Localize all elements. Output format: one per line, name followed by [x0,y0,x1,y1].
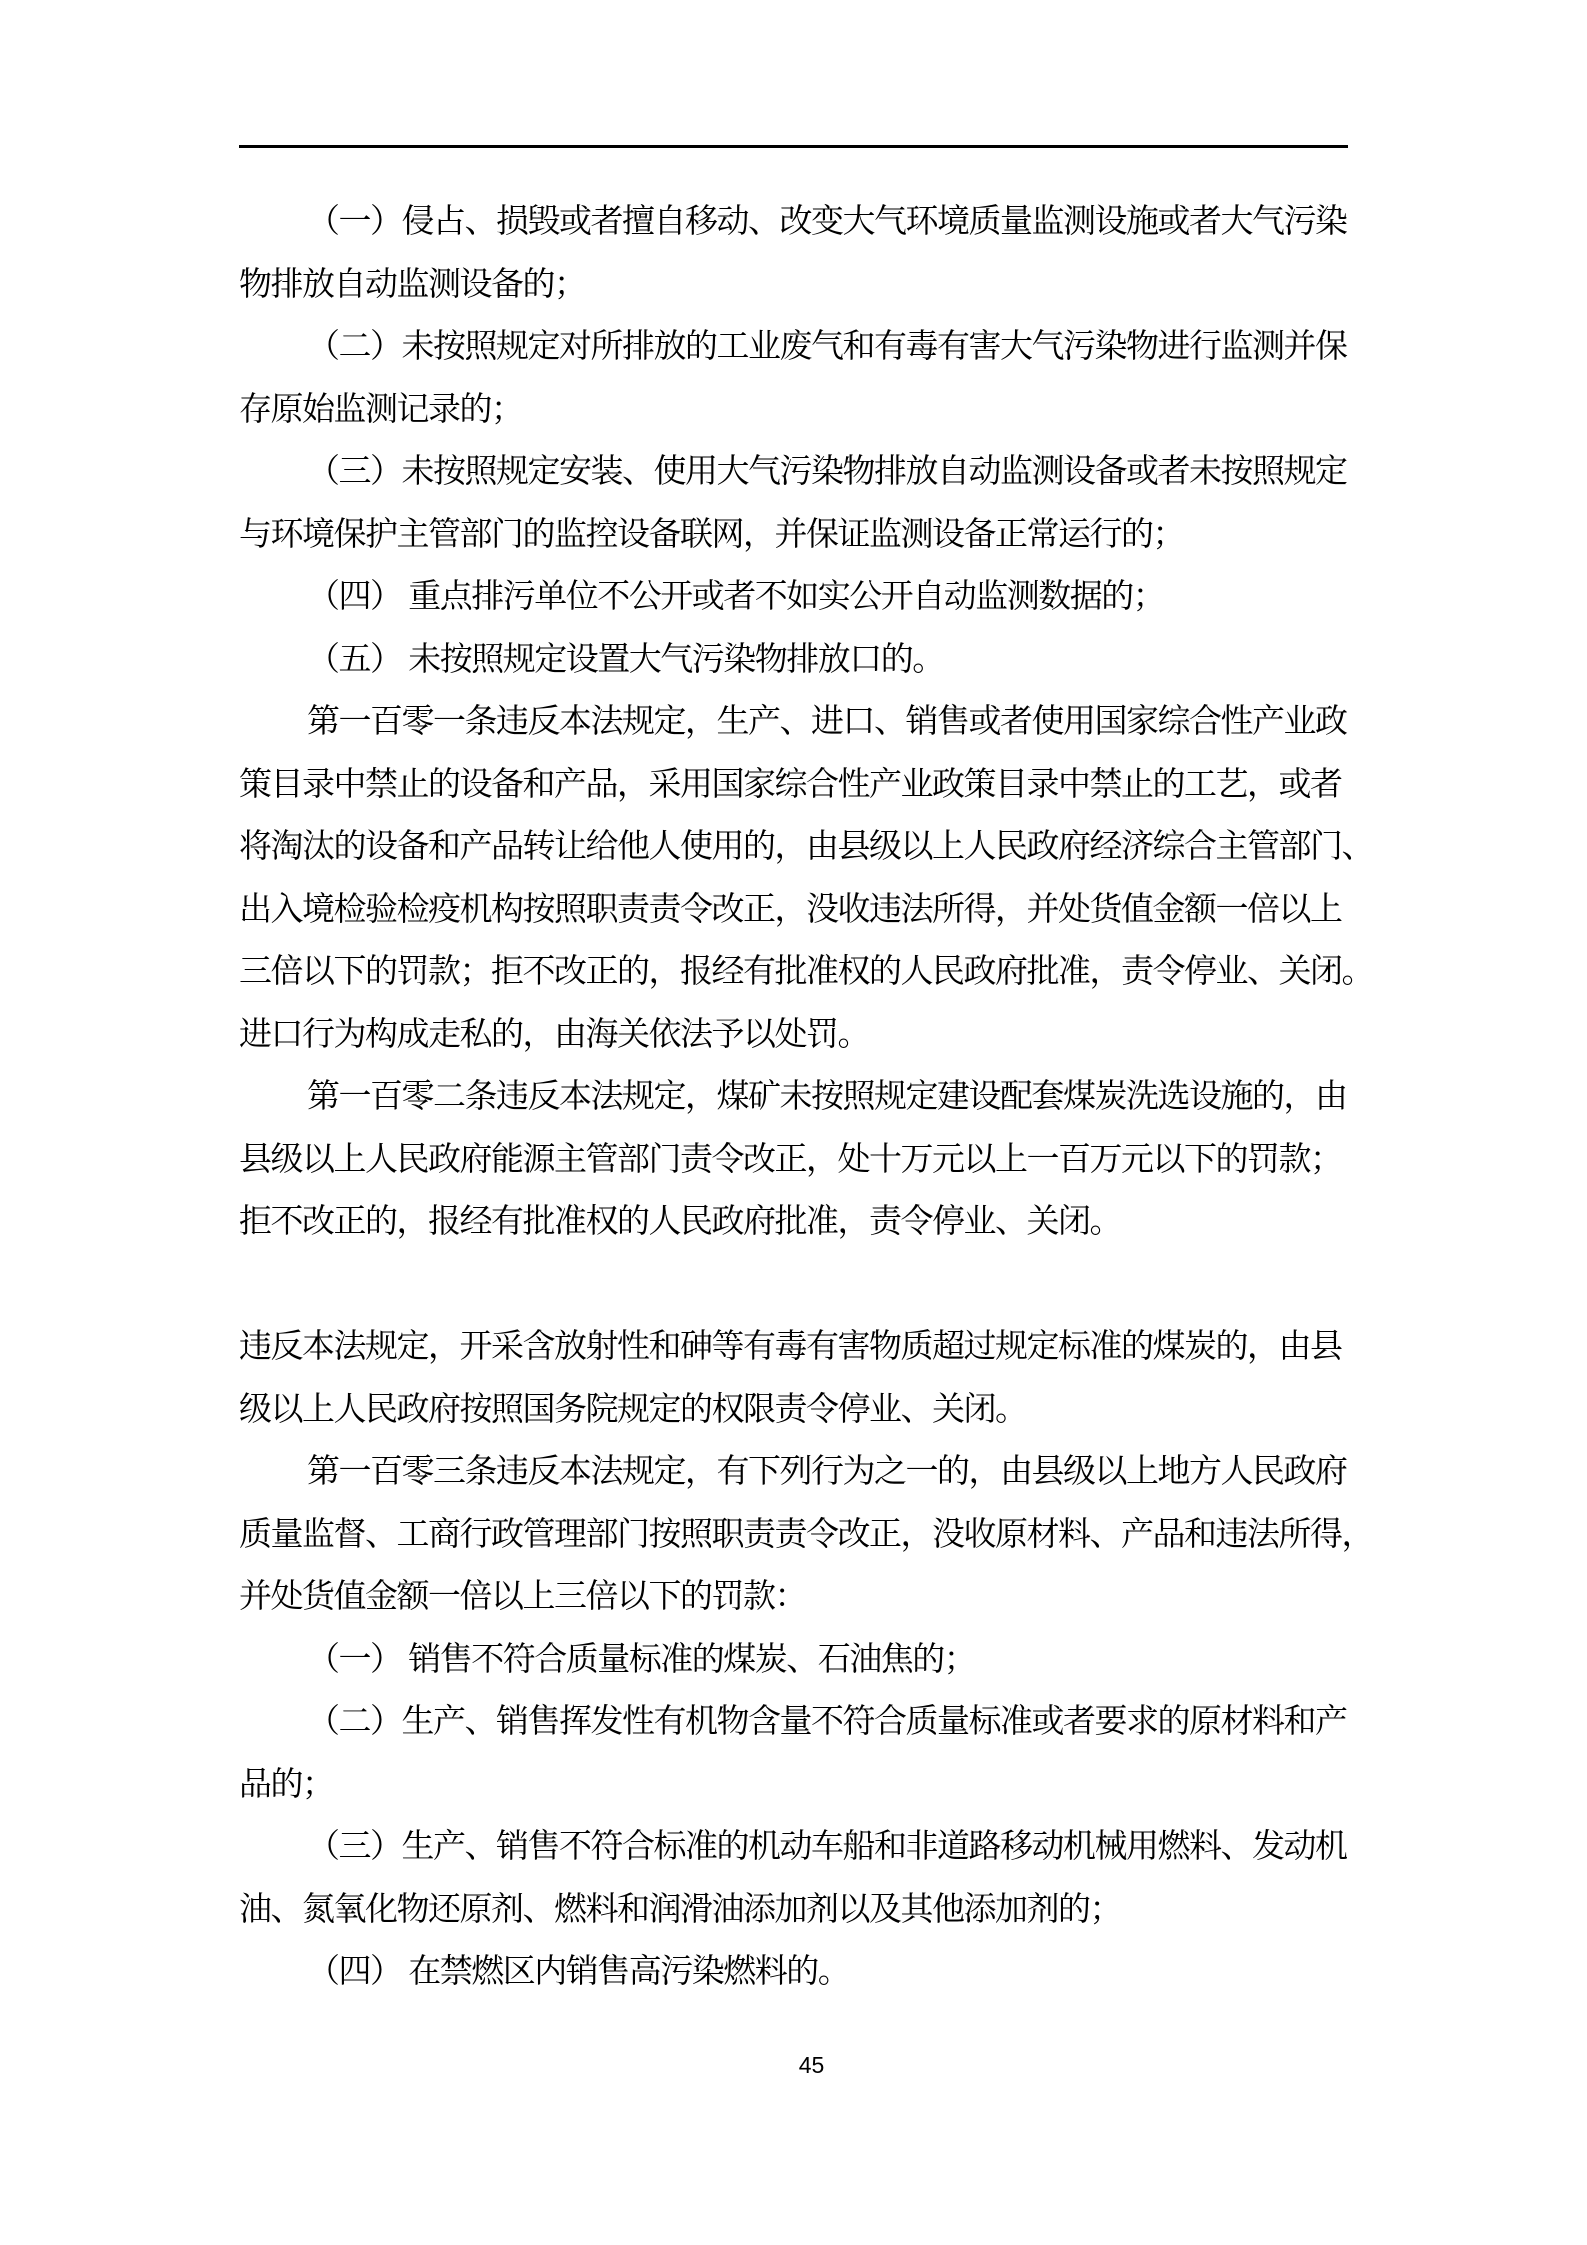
text-line: （四） 在禁燃区内销售高污染燃料的。 [239,1941,1354,2004]
text-line: 质量监督、工商行政管理部门按照职责责令改正，没收原材料、产品和违法所得， [239,1504,1354,1567]
text-line: （四） 重点排污单位不公开或者不如实公开自动监测数据的； [239,566,1354,629]
text-line: 第一百零三条违反本法规定，有下列行为之一的，由县级以上地方人民政府 [239,1441,1354,1504]
text-line: 出入境检验检疫机构按照职责责令改正，没收违法所得，并处货值金额一倍以上 [239,879,1354,942]
text-line: （二）生产、销售挥发性有机物含量不符合质量标准或者要求的原材料和产 [239,1691,1354,1754]
text-line: 级以上人民政府按照国务院规定的权限责令停业、关闭。 [239,1379,1354,1442]
text-line: 并处货值金额一倍以上三倍以下的罚款： [239,1566,1354,1629]
text-line: 三倍以下的罚款；拒不改正的，报经有批准权的人民政府批准，责令停业、关闭。 [239,941,1354,1004]
text-line: 第一百零一条违反本法规定，生产、进口、销售或者使用国家综合性产业政 [239,691,1354,754]
text-line: 存原始监测记录的； [239,379,1354,442]
text-line: 第一百零二条违反本法规定，煤矿未按照规定建设配套煤炭洗选设施的，由 [239,1066,1354,1129]
text-line: （二）未按照规定对所排放的工业废气和有毒有害大气污染物进行监测并保 [239,316,1354,379]
text-line: 品的； [239,1754,1354,1817]
text-line: （一）侵占、损毁或者擅自移动、改变大气环境质量监测设施或者大气污染 [239,191,1354,254]
page-footer: 45 [257,2050,1366,2080]
text-line: 拒不改正的，报经有批准权的人民政府批准，责令停业、关闭。 [239,1191,1354,1254]
text-line: 县级以上人民政府能源主管部门责令改正，处十万元以上一百万元以下的罚款； [239,1129,1354,1192]
page-number: 45 [799,2052,825,2078]
text-line: （五） 未按照规定设置大气污染物排放口的。 [239,629,1354,692]
text-line: （三）生产、销售不符合标准的机动车船和非道路移动机械用燃料、发动机 [239,1816,1354,1879]
text-line: 进口行为构成走私的，由海关依法予以处罚。 [239,1004,1354,1067]
text-line: 将淘汰的设备和产品转让给他人使用的，由县级以上人民政府经济综合主管部门、 [239,816,1354,879]
header-rule [239,145,1348,148]
document-body: （一）侵占、损毁或者擅自移动、改变大气环境质量监测设施或者大气污染物排放自动监测… [239,191,1354,2004]
text-line: 油、氮氧化物还原剂、燃料和润滑油添加剂以及其他添加剂的； [239,1879,1354,1942]
text-line: （一） 销售不符合质量标准的煤炭、石油焦的； [239,1629,1354,1692]
text-line: 策目录中禁止的设备和产品，采用国家综合性产业政策目录中禁止的工艺，或者 [239,754,1354,817]
text-line [239,1254,1354,1317]
text-line: （三）未按照规定安装、使用大气污染物排放自动监测设备或者未按照规定 [239,441,1354,504]
document-page: （一）侵占、损毁或者擅自移动、改变大气环境质量监测设施或者大气污染物排放自动监测… [0,0,1587,2245]
text-line: 违反本法规定，开采含放射性和砷等有毒有害物质超过规定标准的煤炭的，由县 [239,1316,1354,1379]
text-line: 物排放自动监测设备的； [239,254,1354,317]
text-line: 与环境保护主管部门的监控设备联网，并保证监测设备正常运行的； [239,504,1354,567]
